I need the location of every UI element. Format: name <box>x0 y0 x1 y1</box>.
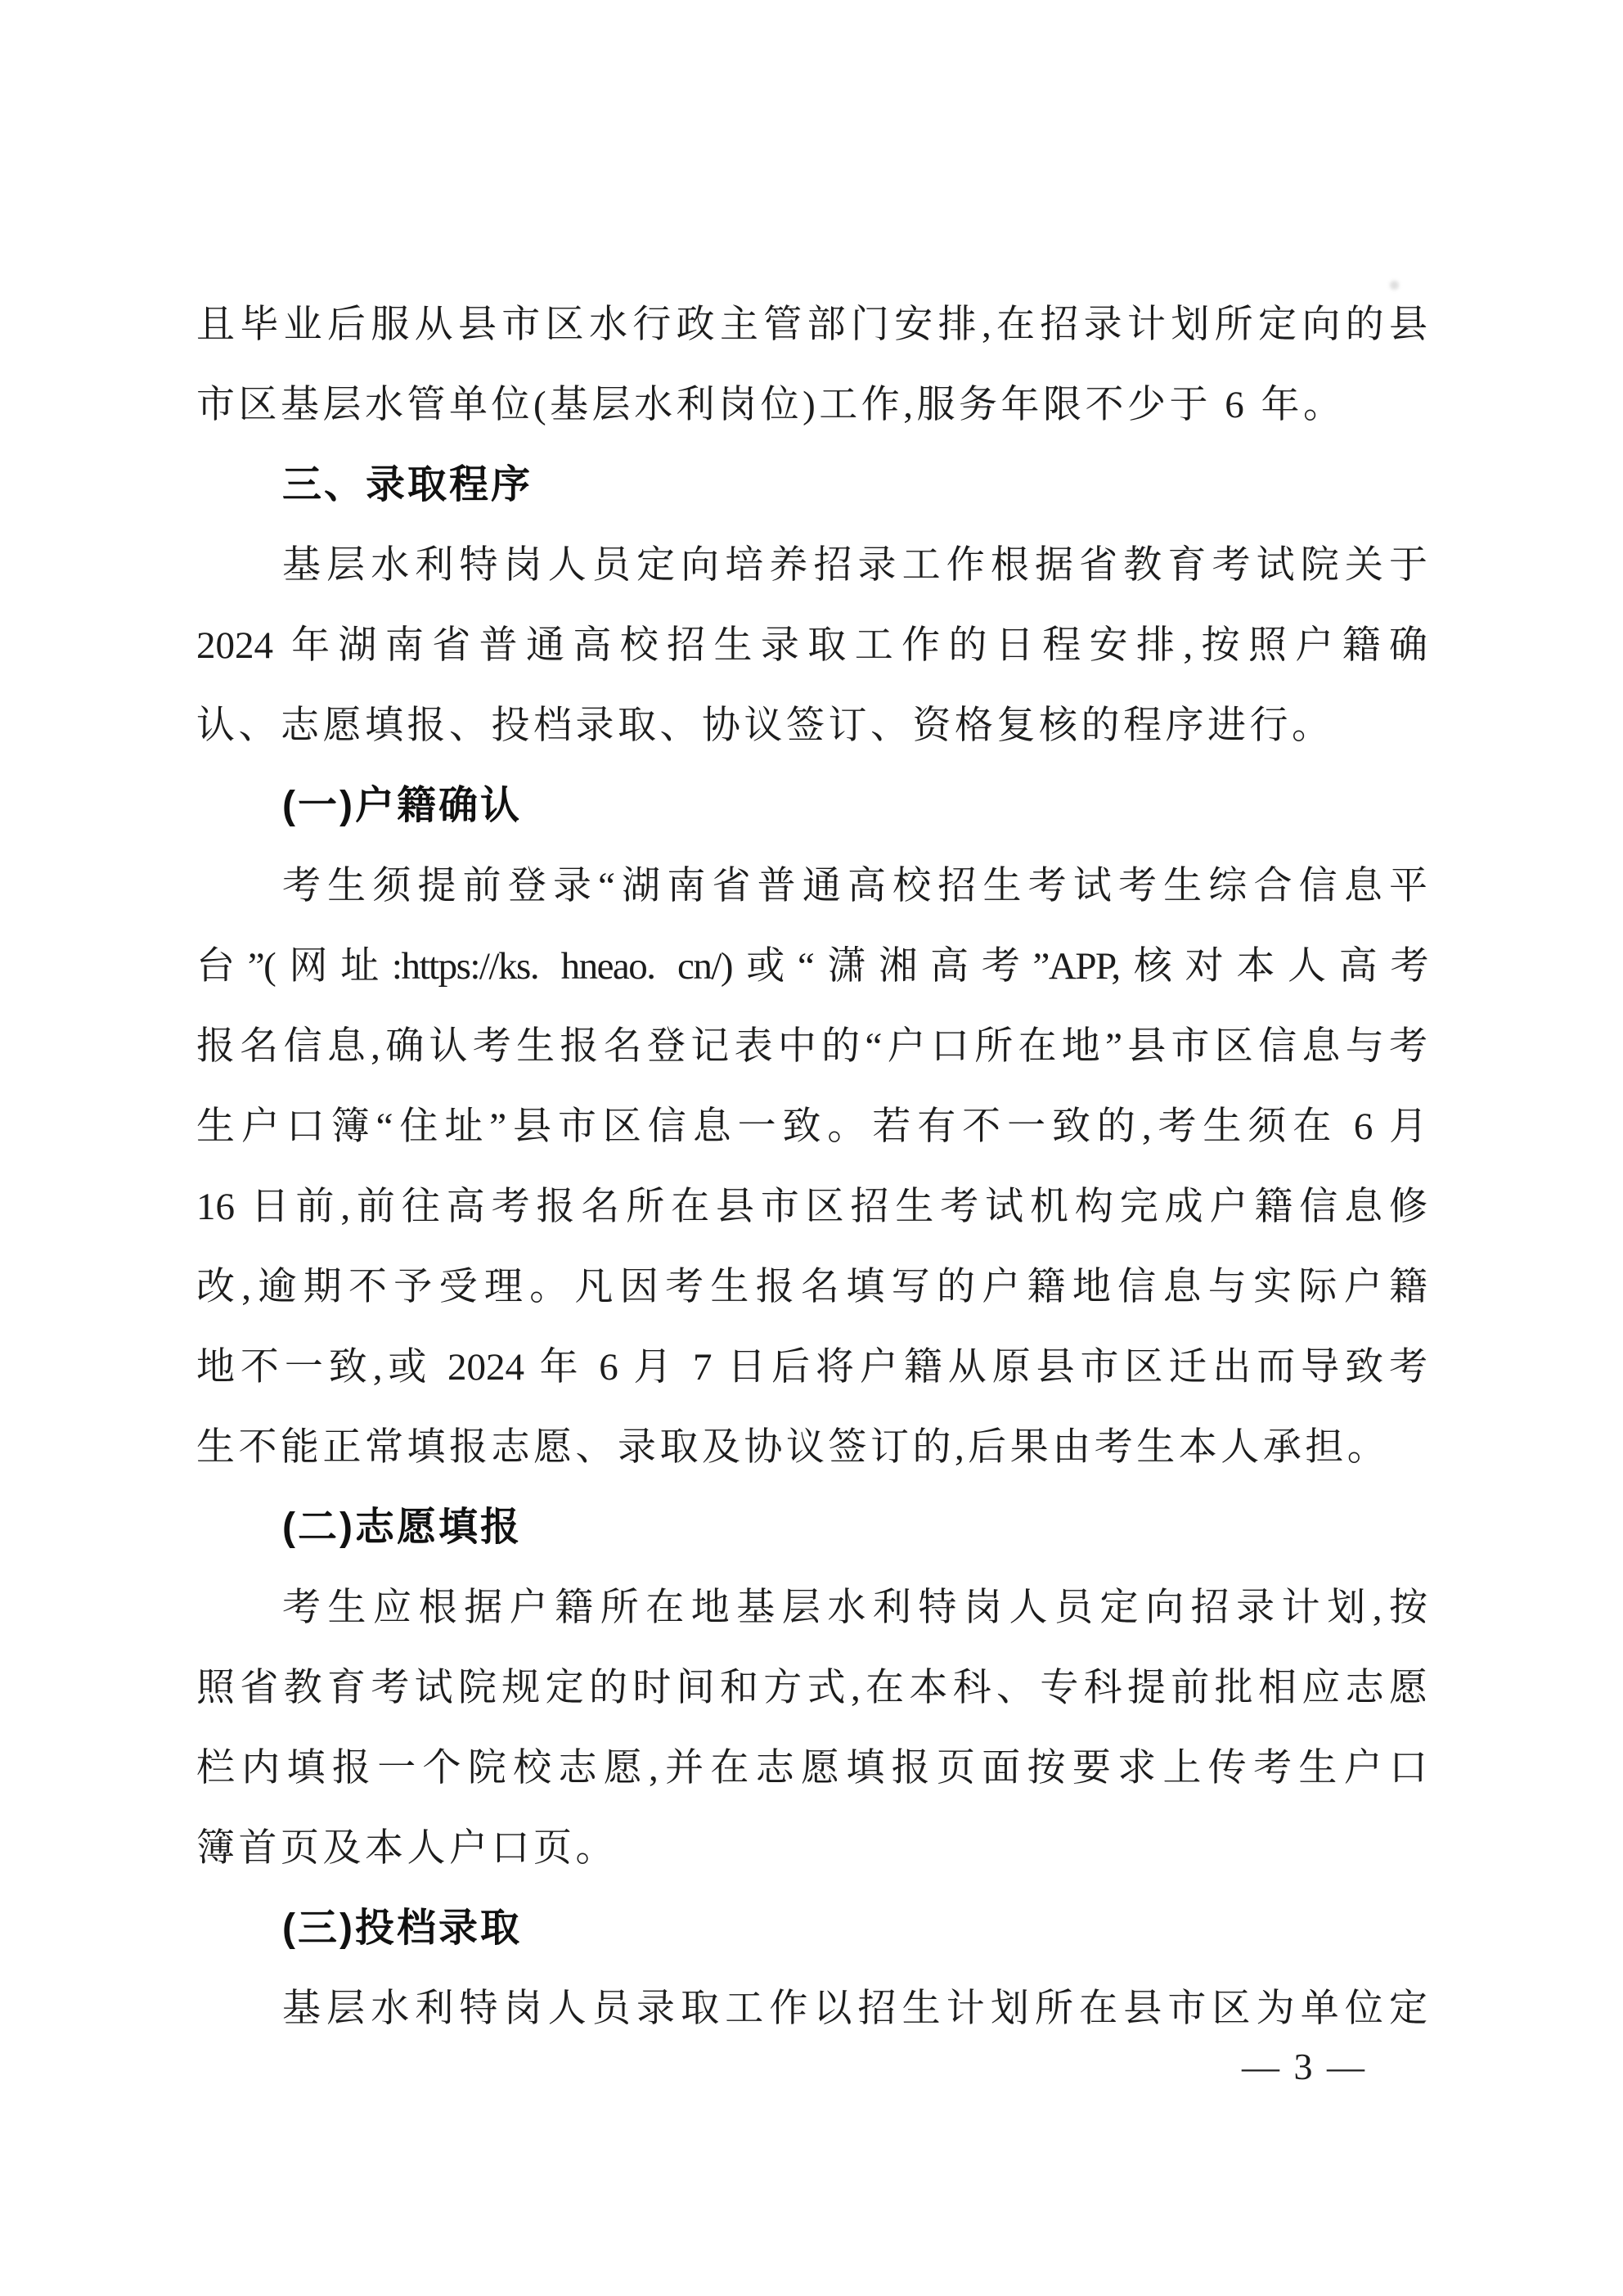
body-line: 地不一致,或 2024 年 6 月 7 日后将户籍从原县市区迁出而导致考 <box>196 1327 1427 1407</box>
page-number: — 3 — <box>1242 2044 1367 2090</box>
section-heading: (一)户籍确认 <box>196 766 1427 846</box>
body-line: 考生须提前登录“湖南省普通高校招生考试考生综合信息平 <box>196 846 1427 926</box>
document-text: 且毕业后服从县市区水行政主管部门安排,在招录计划所定向的县 市区基层水管单位(基… <box>196 285 1427 2049</box>
body-line: 认、志愿填报、投档录取、协议签订、资格复核的程序进行。 <box>196 686 1427 766</box>
body-line: 且毕业后服从县市区水行政主管部门安排,在招录计划所定向的县 <box>196 285 1427 365</box>
body-line: 考生应根据户籍所在地基层水利特岗人员定向招录计划,按 <box>196 1568 1427 1648</box>
body-line: 基层水利特岗人员定向培养招录工作根据省教育考试院关于 <box>196 525 1427 606</box>
body-line: 生户口簿“住址”县市区信息一致。若有不一致的,考生须在 6 月 <box>196 1087 1427 1167</box>
body-line: 2024 年湖南省普通高校招生录取工作的日程安排,按照户籍确 <box>196 606 1427 686</box>
body-line: 改,逾期不予受理。凡因考生报名填写的户籍地信息与实际户籍 <box>196 1247 1427 1327</box>
section-heading: (二)志愿填报 <box>196 1488 1427 1568</box>
body-line: 生不能正常填报志愿、录取及协议签订的,后果由考生本人承担。 <box>196 1407 1427 1488</box>
section-heading: 三、录取程序 <box>196 445 1427 525</box>
body-line: 台”(网址:https://ks. hneao. cn/)或“潇湘高考”APP,… <box>196 926 1427 1006</box>
body-line: 簿首页及本人户口页。 <box>196 1808 1427 1889</box>
body-line: 基层水利特岗人员录取工作以招生计划所在县市区为单位定 <box>196 1969 1427 2049</box>
body-line: 栏内填报一个院校志愿,并在志愿填报页面按要求上传考生户口 <box>196 1728 1427 1808</box>
body-line: 市区基层水管单位(基层水利岗位)工作,服务年限不少于 6 年。 <box>196 365 1427 445</box>
body-line: 报名信息,确认考生报名登记表中的“户口所在地”县市区信息与考 <box>196 1006 1427 1087</box>
body-line: 16 日前,前往高考报名所在县市区招生考试机构完成户籍信息修 <box>196 1167 1427 1247</box>
section-heading: (三)投档录取 <box>196 1889 1427 1969</box>
body-line: 照省教育考试院规定的时间和方式,在本科、专科提前批相应志愿 <box>196 1648 1427 1728</box>
document-page: 且毕业后服从县市区水行政主管部门安排,在招录计划所定向的县 市区基层水管单位(基… <box>0 0 1623 2296</box>
